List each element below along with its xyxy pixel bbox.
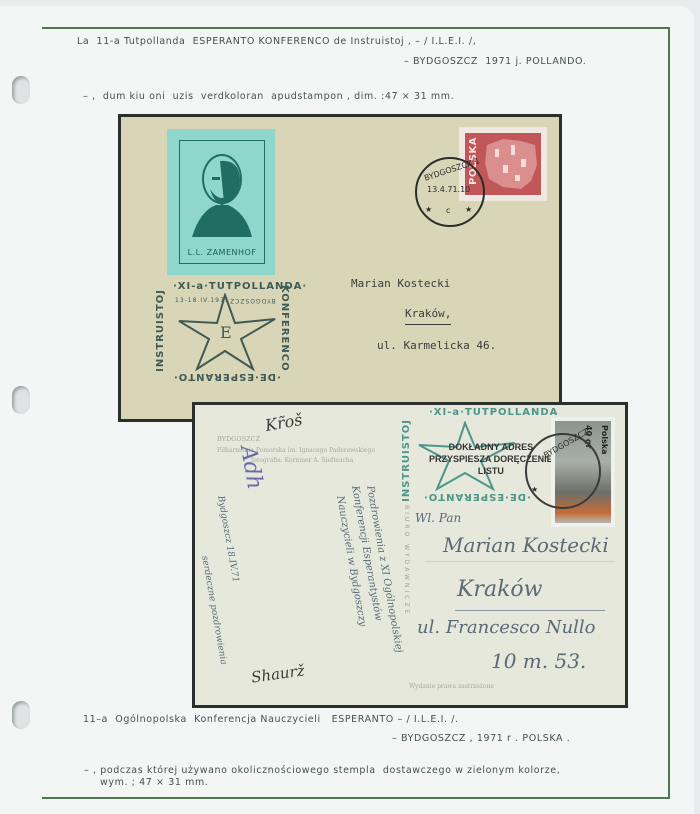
footer-line-3: – , podczas której używano okolicznościo… <box>84 765 560 776</box>
card-bottom-print: Wydanie prawa zastrzeżone <box>409 683 494 690</box>
header-line-3: – , dum kiu oni uzis verdkoloran apudsta… <box>83 91 454 102</box>
card-addressee: Marian Kostecki <box>443 533 609 557</box>
card-number: 10 m. 53. <box>491 649 586 673</box>
card-cachet-top: ·XI-a·TUTPOLLANDA <box>429 407 558 418</box>
cachet-bottom: ·DE·ESPERANTO· <box>173 371 281 382</box>
card-printed-city: BYDGOSZCZ <box>217 435 260 443</box>
header-line-1: La 11-a Tutpollanda ESPERANTO KONFERENCO… <box>77 36 476 47</box>
cachet-right: KONFERENCO <box>279 285 290 372</box>
city-underline <box>455 610 605 611</box>
card-city: Kraków <box>457 577 542 602</box>
footer-line-1: 11–a Ogólnopolska Konferencja Nauczyciel… <box>83 714 459 725</box>
punch-hole <box>12 76 30 104</box>
postmark-date: 13.4.71.10 <box>427 185 470 194</box>
vignette-label: L.L. ZAMENHOF <box>180 248 264 257</box>
card-side-text: BIURO WYDAWNICZE <box>403 505 410 616</box>
card-cachet-left: INSTRUISTOJ <box>401 419 412 502</box>
postmark-star-right: ★ <box>465 205 472 214</box>
card-postmark: BYDGOSZCZ ★ <box>525 433 601 509</box>
envelope: L.L. ZAMENHOF POLSKA BYDGOSZCZ 1 13.4.71… <box>118 114 562 422</box>
card-salutation: Wl. Pan <box>415 511 461 525</box>
footer-line-4: wym. ; 47 × 31 mm. <box>100 777 208 788</box>
envelope-street: ul. Karmelicka 46. <box>377 339 496 352</box>
envelope-city: Kraków, <box>405 307 451 325</box>
message-line-5: serdeczne pozdrowienia <box>199 555 228 666</box>
postmark-star-left: ★ <box>425 205 432 214</box>
cachet-left: INSTRUISTOJ <box>155 289 166 372</box>
poland-map-icon <box>481 135 541 193</box>
punch-hole <box>12 386 30 414</box>
postcard: BYDGOSZCZ Filharmonia Pomorska im. Ignac… <box>192 402 628 708</box>
postmark-bydgoszcz: BYDGOSZCZ 1 13.4.71.10 ★ c ★ <box>415 157 485 227</box>
zamenhof-portrait-icon <box>180 141 264 241</box>
card-cachet-bottom: ·DE·ESPERANTO· <box>423 491 531 502</box>
message-line-4: Bydgoszcz 18.IV.71 <box>215 495 240 583</box>
signature: Kr̃oš <box>264 410 304 435</box>
card-street: ul. Francesco Nullo <box>417 617 596 638</box>
cachet-center-letter: E <box>220 323 233 342</box>
envelope-addressee: Marian Kostecki <box>351 277 450 290</box>
footer-line-2: – BYDGOSZCZ , 1971 r . POLSKA . <box>392 733 570 744</box>
address-line <box>425 561 615 562</box>
punch-hole <box>12 701 30 729</box>
signature: Shaurž <box>250 661 306 686</box>
header-line-2: – BYDGOSZCZ 1971 j. POLLANDO. <box>404 56 586 67</box>
zamenhof-vignette: L.L. ZAMENHOF <box>167 129 275 275</box>
card-printed-line-2: fotografia: Kornmer A. Siefmacha <box>251 457 353 464</box>
postmark-star: ★ <box>531 485 538 494</box>
